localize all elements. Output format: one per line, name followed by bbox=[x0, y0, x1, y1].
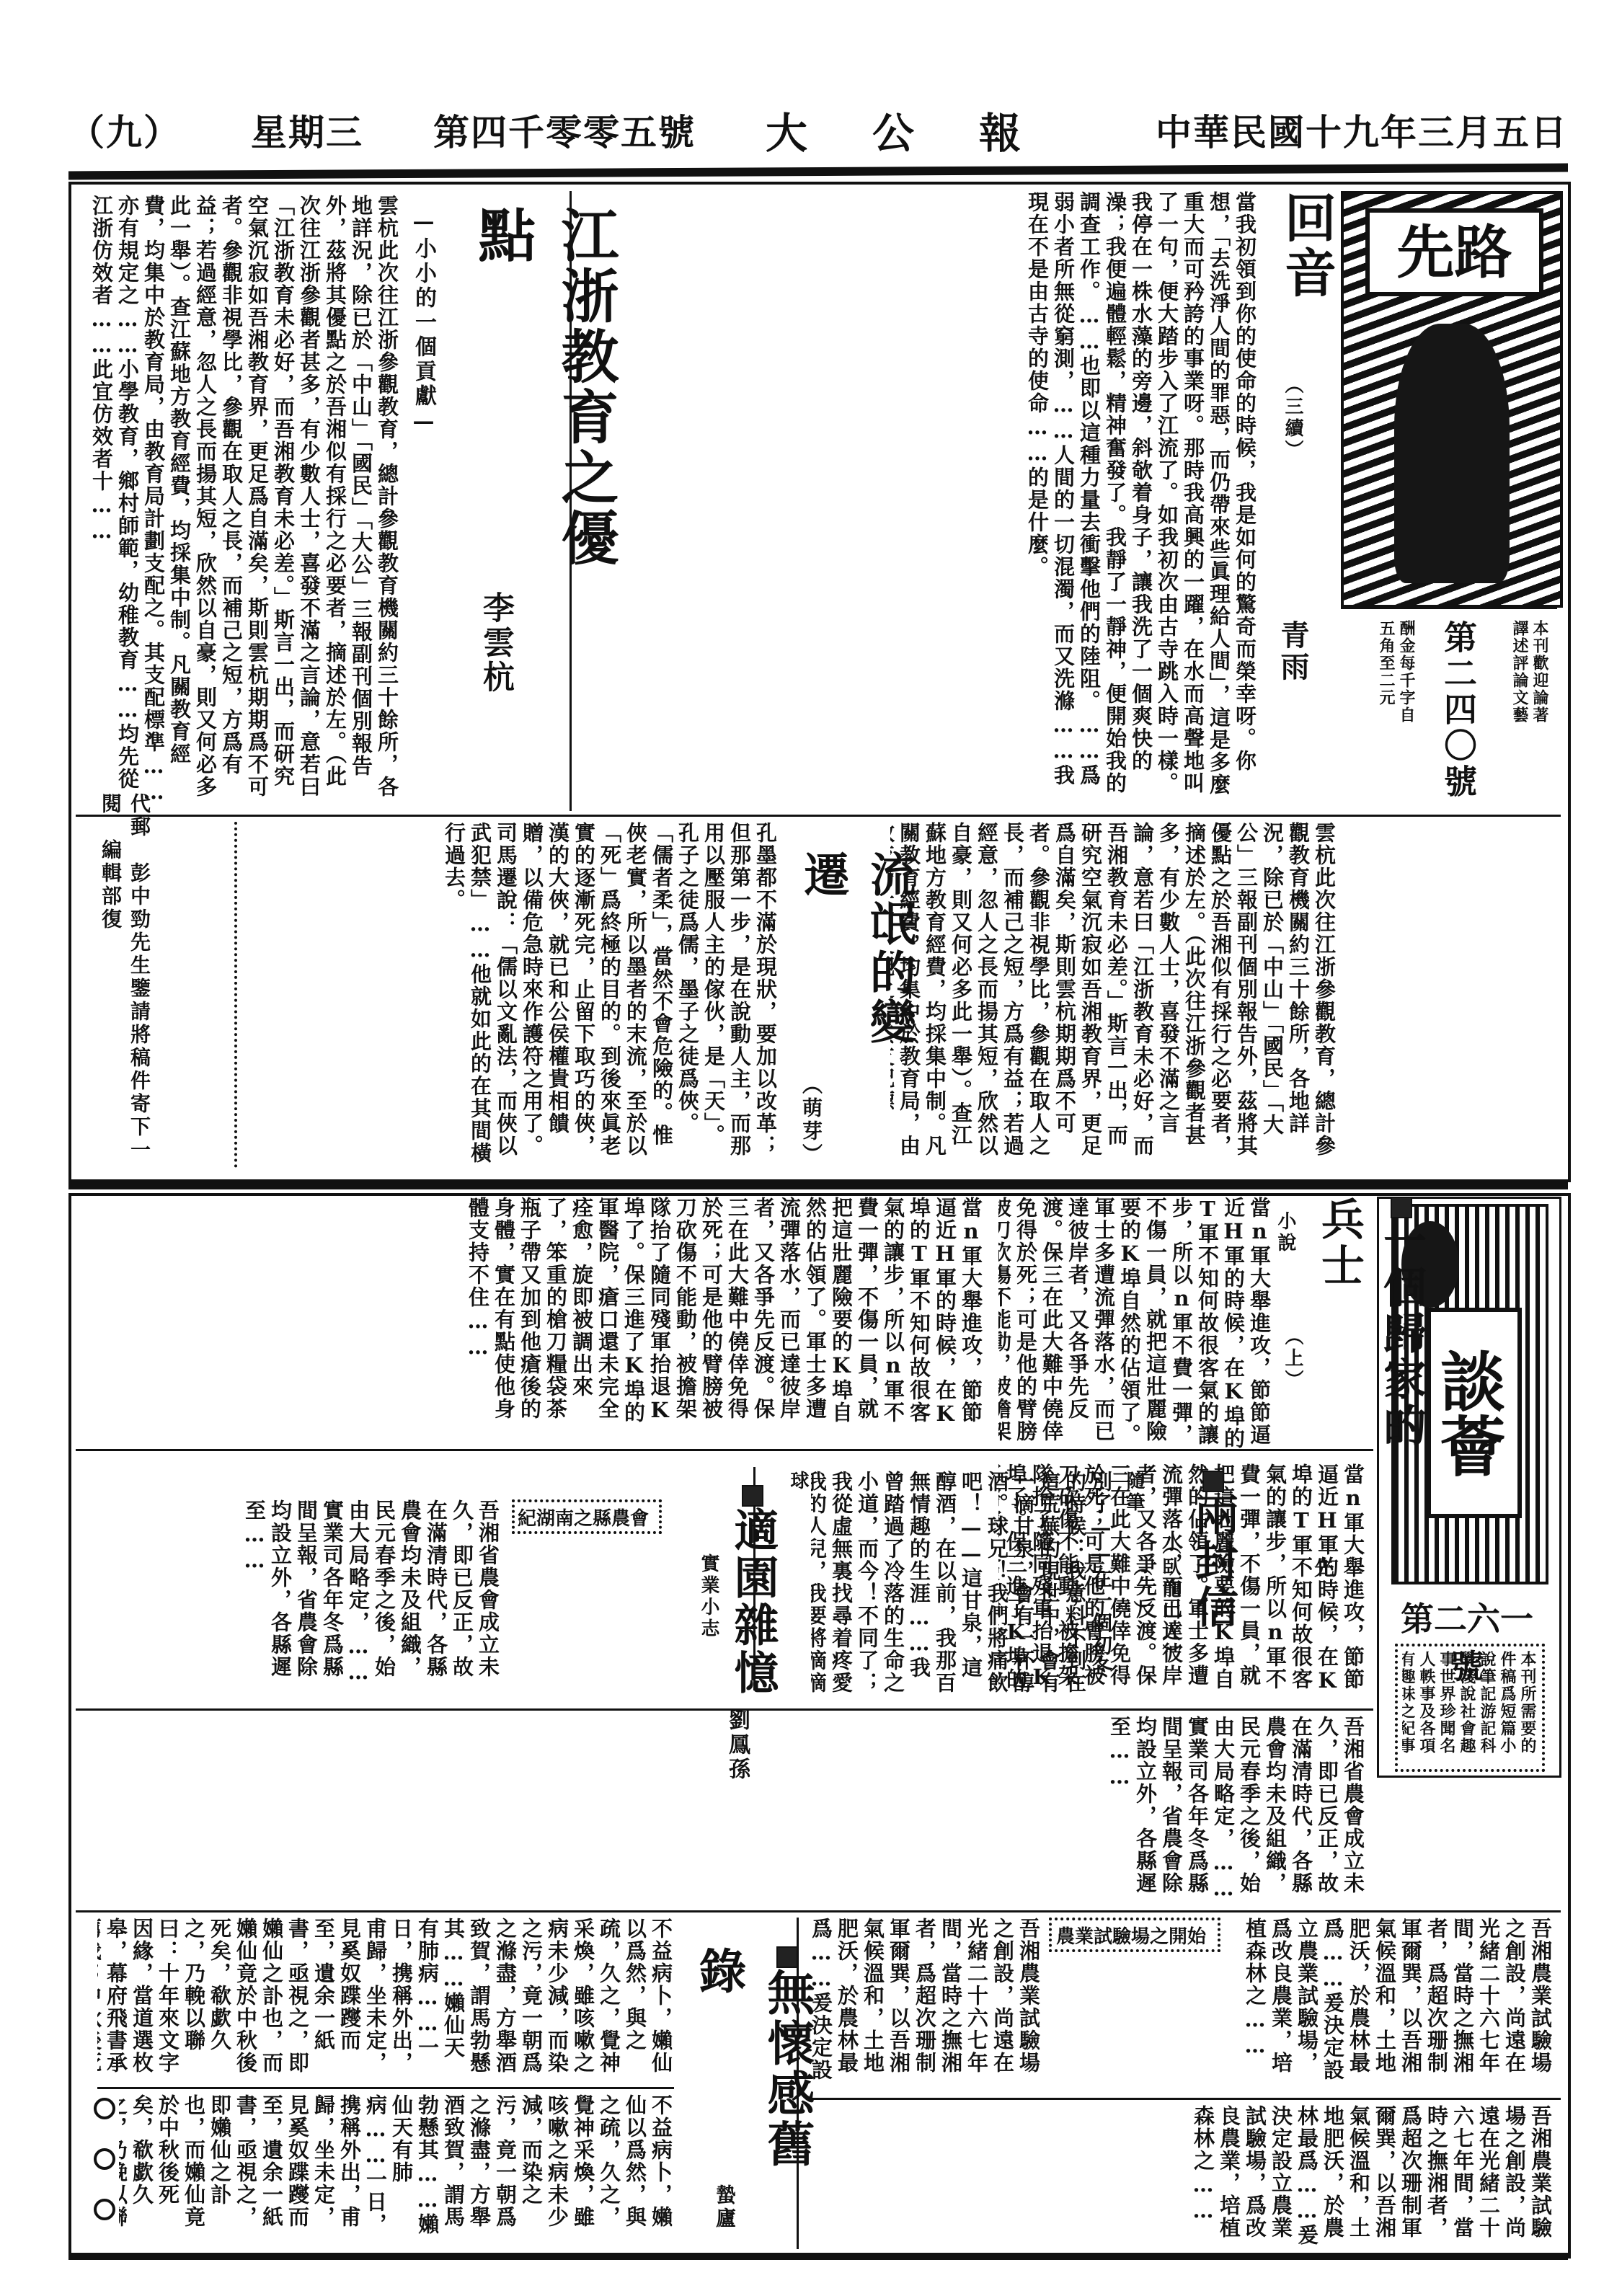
page-bottom-rule bbox=[68, 2253, 1568, 2260]
section-marker-icon bbox=[776, 1946, 798, 1968]
jiangzhe-subtitle: —小小的一個貢獻— bbox=[407, 209, 439, 512]
soldier-title: 一個歸家的兵士 bbox=[1308, 1197, 1432, 1456]
divider bbox=[1341, 607, 1557, 609]
band-divider bbox=[76, 1449, 1373, 1451]
band-divider bbox=[811, 2098, 1561, 2100]
newspaper-page: （九） 星期三 第四千零零五號 大公報 中華民國十九年三月五日 先路 第二四〇號… bbox=[68, 101, 1568, 2256]
shiyuan-title: 適園雜憶 bbox=[721, 1485, 785, 1701]
soldier-body: 當n軍大舉進攻，節節逼近H軍的時候，在K埠的T軍不知何故很客氣的讓步，所以n軍不… bbox=[998, 1197, 1272, 1456]
masthead: （九） 星期三 第四千零零五號 大公報 中華民國十九年三月五日 bbox=[68, 101, 1568, 159]
tanhui-notice: 本刊所需要的件稿爲短篇小說筆記游記科學淺說社會趣事世界珍聞名人軼事及各項有趣味之… bbox=[1402, 1651, 1538, 1765]
circle-ornament-icon bbox=[94, 2148, 115, 2170]
circle-ornament-icon bbox=[94, 2199, 115, 2220]
editor-notice-signature: 編輯部復 bbox=[99, 839, 123, 931]
wuhuai-author: 蟄廬 bbox=[710, 2184, 739, 2242]
band-divider bbox=[97, 2087, 674, 2089]
two-letters-title: 兩封信 bbox=[1182, 1471, 1244, 1651]
county-farm-box: 紀湖南之縣農會 bbox=[512, 1499, 662, 1534]
section-marker-icon bbox=[1391, 1197, 1412, 1218]
farm-station-body: 吾湘農業試驗場之創設，尚遠在光緒二十六七年間，當時之撫湘者，爲超次珊制軍爾巽，以… bbox=[811, 1918, 1042, 2091]
shiyuan-category: 實業小志 bbox=[696, 1553, 722, 1662]
soldier-category: 小說 bbox=[1272, 1211, 1299, 1298]
liumang-title: 流氓的變遷 bbox=[789, 851, 922, 1067]
jiangzhe-continuation: 雲杭此次往江浙參觀教育，總計參觀教育機關約三十餘所，各地詳況，除已於「中山」「國… bbox=[890, 822, 1337, 1168]
section-marker-icon bbox=[742, 1485, 763, 1507]
soldier-part: （上） bbox=[1280, 1326, 1306, 1384]
section-divider bbox=[76, 815, 1561, 817]
two-letters-body: 別了——在一個初冬的時候：我意料不到在這荒蕪的現世中，會有一滴甘泉，會有一杯醇酒… bbox=[811, 1471, 1114, 1694]
two-letters-salutation: 球兄： bbox=[789, 1471, 811, 1528]
issue-number: 第四千零零五號 bbox=[433, 104, 696, 156]
circle-ornament-icon bbox=[94, 2098, 115, 2119]
soldier-continuation-band: 當n軍大舉進攻，節節逼近H軍的時候，在K埠的T軍不知何故很客氣的讓步，所以n軍不… bbox=[83, 1197, 984, 1442]
section-rule bbox=[68, 1182, 1568, 1189]
jiangzhe-body: 雲杭此次往江浙參觀教育，總計參觀教育機關約三十餘所，各地詳況，除已於「中山」「國… bbox=[90, 195, 400, 807]
publication-date: 中華民國十九年三月五日 bbox=[1156, 104, 1568, 156]
farm-station-body-right: 吾湘農業試驗場之創設，尚遠在光緒二十六七年間，當時之撫湘者，爲超次珊制軍爾巽，以… bbox=[1222, 1918, 1554, 2091]
editor-notice-label: 代郵 bbox=[128, 793, 151, 839]
weekday: 星期三 bbox=[251, 104, 363, 156]
two-letters-author: （臥龍山人） bbox=[1157, 1535, 1184, 1665]
jiangzhe-title: 江浙教育之優點 bbox=[461, 205, 627, 580]
farm-station-continuation: 吾湘農業試驗場之創設，尚遠在光緒二十六七年間，當時之撫湘者，爲超次珊制軍爾巽，以… bbox=[811, 2105, 1554, 2249]
xianlu-notice-b: 酬金每千字自五角至二元 bbox=[1359, 620, 1417, 836]
masthead-rule bbox=[68, 164, 1568, 180]
tanhui-notice-box: 本刊所需要的件稿爲短篇小說筆記游記科學淺說社會趣事世界珍聞名人軼事及各項有趣味之… bbox=[1395, 1644, 1545, 1772]
band-divider bbox=[76, 1910, 1561, 1912]
county-farm-continuation: 吾湘省農會成立未久，即已反正，故在滿清時代，各縣農會均未及組織，民元春季之後，始… bbox=[83, 1716, 1366, 1903]
editor-notice: 代郵 彭中勁先生鑒請將稿件寄下一閱 編輯部復 bbox=[96, 793, 154, 1182]
huiyin-author: 青雨 bbox=[1272, 620, 1313, 721]
horseman-figure-icon bbox=[1394, 324, 1510, 583]
two-letters-part: （一） bbox=[1128, 1557, 1155, 1615]
section-marker-icon bbox=[1202, 1471, 1224, 1492]
wuhuai-body: 不益病卜，嬾仙以爲然，與之疏，久之，覺神采煥，雖咳嗽之病未少減，而染之污，竟一朝… bbox=[97, 1918, 674, 2080]
liumang-author: （萌芽） bbox=[797, 1074, 825, 1161]
xianlu-banner-title: 先路 bbox=[1365, 208, 1543, 296]
xianlu-banner-art: 先路 bbox=[1341, 191, 1563, 608]
farm-station-box-title: 農業試驗場之開始 bbox=[1056, 1922, 1206, 1949]
huiyin-title: 回音 bbox=[1269, 191, 1344, 378]
jiangzhe-author: 李雲杭 bbox=[472, 591, 518, 735]
liumang-body: 孔墨都不滿於現狀，要加以改革；但那第一步，是在說動人主，而那用以壓服人主的傢伙，… bbox=[245, 822, 779, 1168]
paper-name: 大公報 bbox=[766, 99, 1086, 160]
huiyin-subtitle: （三續） bbox=[1280, 375, 1306, 461]
xianlu-issue: 第二四〇號 bbox=[1435, 620, 1482, 836]
tanhui-banner-title: 談薈 bbox=[1427, 1308, 1522, 1518]
farm-station-box: 農業試驗場之開始 bbox=[1049, 1918, 1220, 1952]
county-farm-box-title: 紀湖南之縣農會 bbox=[518, 1504, 649, 1530]
wuhuai-body-cont: 不益病卜，嬾仙以爲然，與之疏，久之，覺神采煥，雖咳嗽之病未少減，而染之污，竟一朝… bbox=[119, 2094, 674, 2249]
dotted-divider bbox=[234, 822, 237, 1168]
wuhuai-title: 無懷感舊錄 bbox=[685, 1946, 822, 2191]
huiyin-body: 當我初領到你的使命的時候，我是如何的驚奇而榮幸呀。你想，「去洗淨人間的罪惡，而仍… bbox=[588, 191, 1258, 804]
county-farm-body: 吾湘省農會成立未久，即已反正，故在滿清時代，各縣農會均未及組織，民元春季之後，始… bbox=[83, 1499, 501, 1694]
xianlu-notice-a: 本刊歡迎論著譯述評論文藝 bbox=[1492, 620, 1550, 836]
band-divider bbox=[76, 1708, 1373, 1711]
page-number: （九） bbox=[68, 104, 181, 156]
end-ornaments bbox=[94, 2098, 115, 2220]
two-letters-category: 隨筆 bbox=[1121, 1471, 1148, 1543]
